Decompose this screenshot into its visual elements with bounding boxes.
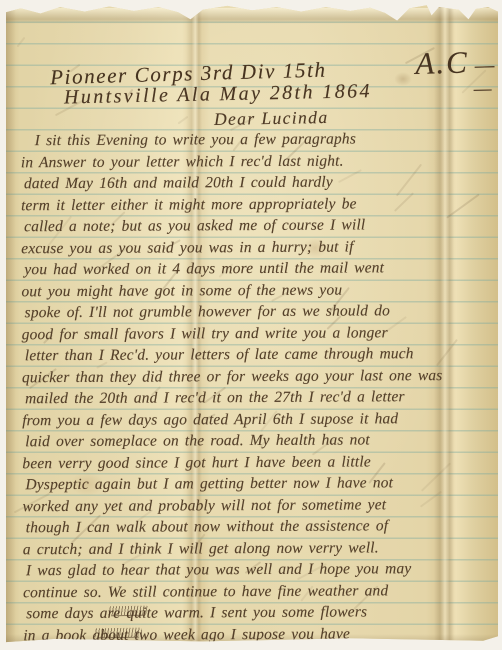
letter-line: excuse you as you said you was in a hurr… — [21, 235, 493, 259]
letter-line: I sit this Evening to write you a few pa… — [35, 128, 493, 152]
letter-line: good for small favors I will try and wri… — [22, 321, 494, 345]
letter-line: you had worked on it 4 days more until t… — [24, 257, 493, 281]
fold-crease-top — [6, 8, 498, 24]
letter-line: in a book about two week ago I supose yo… — [23, 622, 495, 646]
letter-line: Dyspeptic again but I am getting better … — [25, 472, 494, 496]
letter-line: quicker than they did three or for weeks… — [22, 364, 494, 388]
letter-line: letter than I Rec'd. your letters of lat… — [25, 343, 494, 367]
paper-edge-shadow-left — [6, 2, 16, 644]
letter-scan: Pioneer Corps 3rd Div 15th A.C — Huntsvi… — [0, 0, 502, 650]
letter-line: from you a few days ago dated April 6th … — [22, 407, 494, 431]
letter-line: in Answer to your letter which I rec'd l… — [21, 149, 493, 173]
letter-line: spoke of. I'll not grumble however for a… — [25, 300, 494, 324]
letter-body: I sit this Evening to write you a few pa… — [21, 128, 496, 646]
letter-line: though I can walk about now without the … — [26, 515, 495, 539]
salutation: Dear Lucinda — [214, 107, 329, 130]
letter-line: I was glad to hear that you was well and… — [26, 558, 495, 582]
letter-line: continue so. We still continue to have f… — [23, 579, 495, 603]
letter-line: mailed the 20th and I rec'd it on the 27… — [25, 386, 494, 410]
letter-line: laid over someplace on the road. My heal… — [25, 429, 494, 453]
letter-line: a crutch; and I think I will get along n… — [23, 536, 495, 560]
letter-line: dated May 16th and maild 20th I could ha… — [24, 171, 493, 195]
letter-line: out you might have got in some of the ne… — [21, 278, 493, 302]
letter-paper: Pioneer Corps 3rd Div 15th A.C — Huntsvi… — [6, 2, 498, 644]
bleed-through-stroke — [16, 37, 25, 48]
letter-line: called a note; but as you asked me of co… — [24, 214, 493, 238]
heading-dash: — — [474, 52, 496, 79]
letter-line: term it letter either it might more appr… — [21, 192, 493, 216]
letter-line: some days are quite warm. I sent you som… — [26, 601, 495, 625]
corps-abbreviation-text: A.C — [415, 45, 469, 82]
dateline-dash: — — [474, 78, 495, 101]
letter-line: worked any yet and probably will not for… — [23, 493, 495, 517]
bleed-through-stroke — [178, 116, 189, 125]
letter-line: been verry good since I got hurt I have … — [22, 450, 494, 474]
